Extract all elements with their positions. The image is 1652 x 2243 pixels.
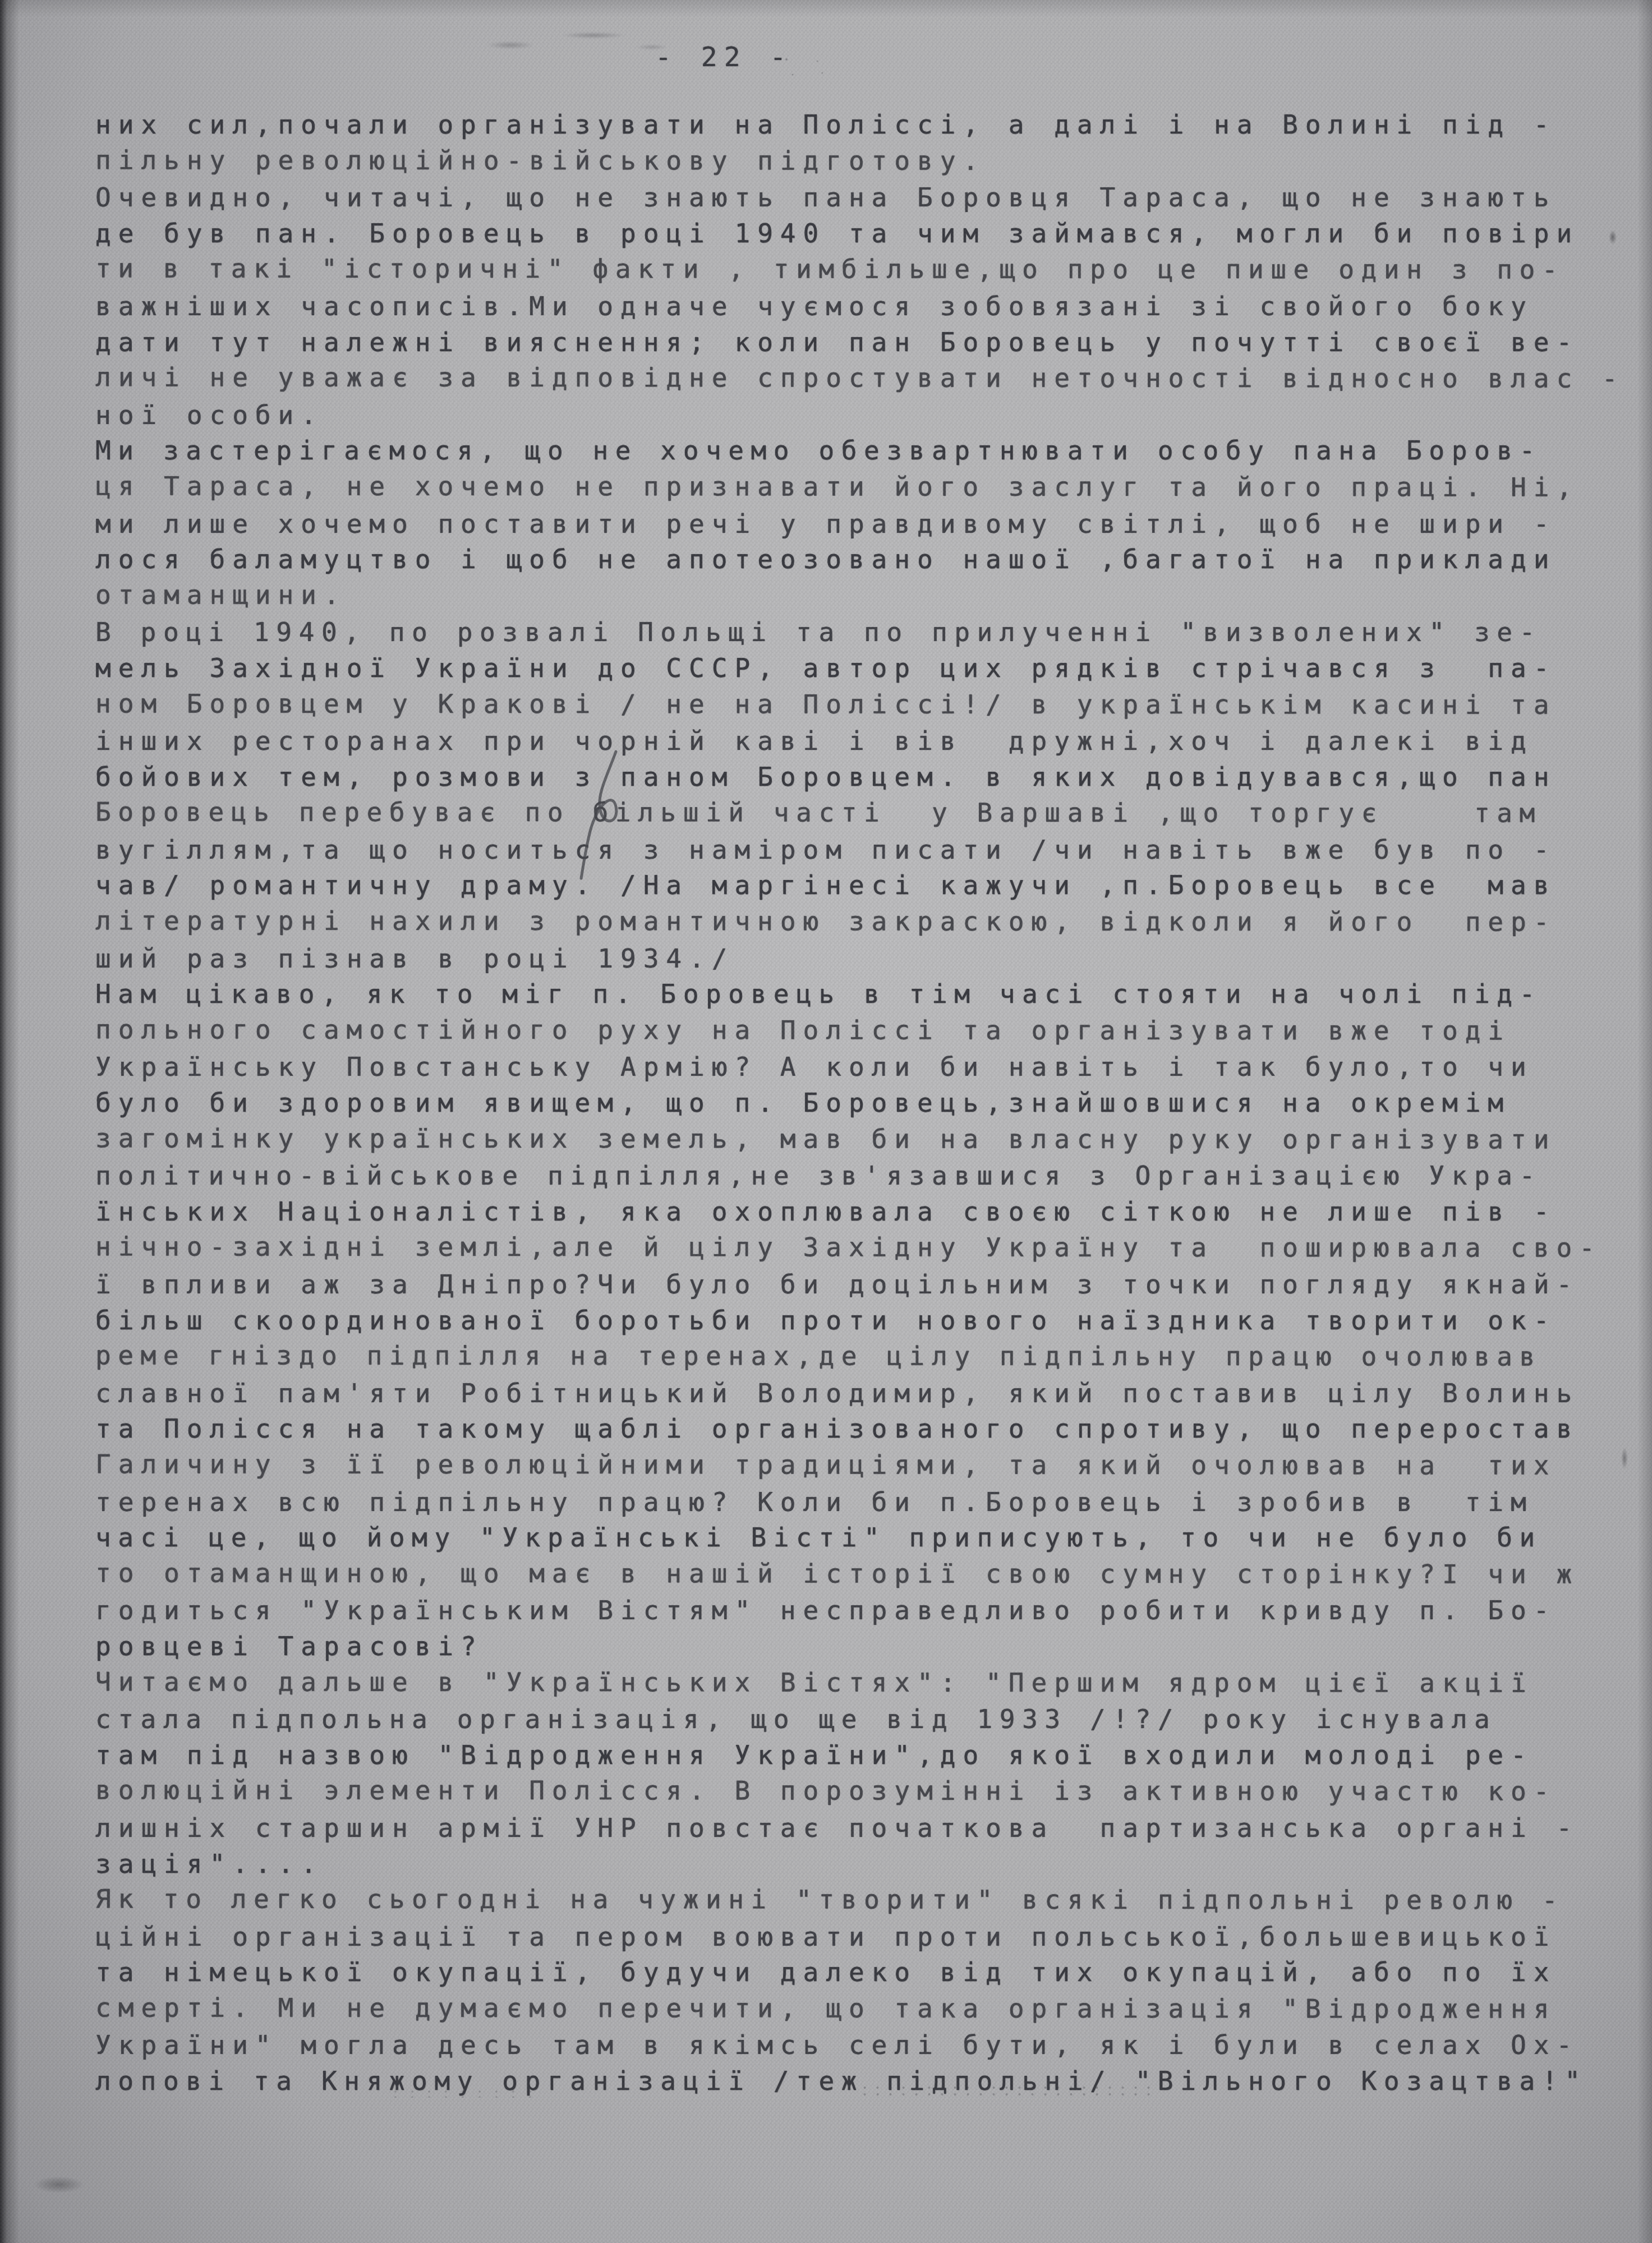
text-line: то отаманщиною, що має в нашій історії с… [95,1555,1610,1592]
text-line: вугіллям,та що носиться з наміром писати… [95,831,1610,868]
text-line: було би здоровим явищем, що п. Боровець,… [95,1085,1610,1121]
text-line: В році 1940, по розвалі Польщі та по при… [95,614,1610,651]
text-line: та німецької окупації, будучи далеко від… [95,1954,1610,1991]
text-line: ровцеві Тарасові? [95,1628,1610,1665]
text-line: личі не уважає за відповідне спростувати… [95,359,1610,397]
scan-specks [387,2089,533,2098]
text-line: лишніх старшин армії УНР повстає початко… [95,1810,1610,1846]
text-line: Ми застерігаємося, що не хочемо обезварт… [95,432,1610,469]
text-line: де був пан. Боровець в році 1940 та чим … [95,215,1610,252]
scan-speck [1609,230,1617,245]
text-line: там під назвою "Відродження України",до … [95,1737,1610,1774]
text-line: загомінку українських земель, мав би на … [95,1120,1610,1158]
pencil-smudge [454,24,679,63]
text-line: польного самостійного руху на Поліссі та… [95,1011,1610,1049]
text-line: лося баламуцтво і щоб не апотеозовано на… [95,541,1610,578]
text-line: та Полісся на такому щаблі організованог… [95,1411,1610,1447]
scanned-typewritten-page: { "page": { "number_label": "- 22 -", "l… [0,0,1652,2243]
text-line: лопові та Княжому організації /теж підпо… [95,2063,1610,2099]
text-line: Галичину з її революційними традиціями, … [95,1446,1610,1484]
text-line: України" могла десь там в якімсь селі бу… [95,2027,1610,2064]
text-line: отаманщини. [95,577,1610,614]
text-line: смерті. Ми не думаємо перечити, що така … [95,1989,1610,2027]
text-line: славної пам'яти Робітницький Володимир, … [95,1375,1610,1411]
text-line: мель Західної України до СССР, автор цих… [95,650,1610,687]
text-line: ший раз пізнав в році 1934./ [95,940,1610,977]
text-line: пільну революційно-військову підготову. [95,142,1610,179]
text-line: реме гніздо підпілля на теренах,де цілу … [95,1338,1610,1375]
scan-specks [858,2084,1150,2097]
text-line: літературні нахили з романтичною закраск… [95,902,1610,940]
handwritten-correction-mark [568,747,641,882]
text-line: більш скоординованої боротьби проти ново… [95,1302,1610,1339]
scan-speck [1621,1447,1628,1470]
text-line: ної особи. [95,397,1610,433]
text-line: Українську Повстанську Армію? А коли би … [95,1049,1610,1085]
text-line: Боровець перебуває по більшій часті у Ва… [95,794,1610,832]
typewritten-text-block: них сил,почали організувати на Поліссі, … [95,107,1610,2099]
text-line: Як то легко сьогодні на чужині "творити"… [95,1881,1610,1918]
text-line: ї впливи аж за Дніпро?Чи було би доцільн… [95,1266,1610,1303]
text-line: бойових тем, розмови з паном Боровцем. в… [95,759,1610,795]
text-line: ми лише хочемо поставити речі у правдиво… [95,505,1610,542]
text-line: ційні організації та пером воювати проти… [95,1918,1610,1955]
text-line: дати тут належні вияснення; коли пан Бор… [95,324,1610,361]
text-line: ти в такі "історичні" факти , тимбільше,… [95,251,1610,288]
text-line: їнських Націоналістів, яка охоплювала св… [95,1194,1610,1230]
text-line: важніших часописів.Ми одначе чуємося зоб… [95,288,1610,325]
page-number: - 22 - [655,42,793,73]
text-line: політично-військове підпілля,не зв'язавш… [95,1158,1610,1194]
scan-speck [34,2176,84,2193]
text-line: ном Боровцем у Кракові / не на Поліссі!/… [95,685,1610,723]
text-line: чав/ романтичну драму. /На маргінесі каж… [95,867,1610,904]
text-line: стала підпольна організація, що ще від 1… [95,1701,1610,1738]
text-line: волюційні элементи Полісся. В порозумінн… [95,1772,1610,1810]
text-line: годиться "Українським Вістям" несправедл… [95,1592,1610,1629]
text-line: зація".... [95,1846,1610,1882]
text-line: Очевидно, читачі, що не знають пана Боро… [95,179,1610,216]
text-line: часі це, що йому "Українські Вісті" прип… [95,1519,1610,1556]
text-line: нічно-західні землі,але й цілу Західну У… [95,1229,1610,1266]
text-line: інших ресторанах при чорній каві і вів д… [95,723,1610,759]
text-line: Читаємо дальше в "Українських Вістях": "… [95,1664,1610,1701]
text-line: теренах всю підпільну працю? Коли би п.Б… [95,1484,1610,1520]
text-line: Нам цікаво, як то міг п. Боровець в тім … [95,976,1610,1012]
text-line: них сил,почали організувати на Поліссі, … [95,107,1610,143]
text-line: ця Тараса, не хочемо не признавати його … [95,468,1610,505]
